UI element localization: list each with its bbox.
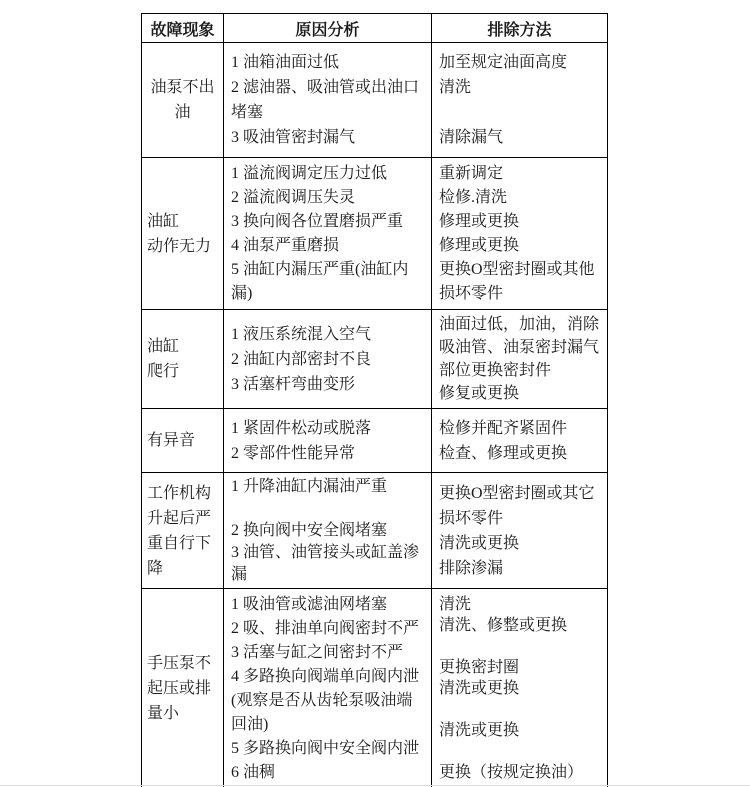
phenomenon-cell: 油缸爬行	[142, 310, 224, 408]
text-line: 4 油泵严重磨损	[224, 234, 431, 258]
text-line: 检修.清洗	[432, 186, 607, 210]
text-line: 2 零部件性能异常	[224, 441, 431, 466]
table-row: 有异音1 紧固件松动或脱落2 零部件性能异常检修并配齐紧固件检查、修理或更换	[142, 409, 607, 473]
phenomenon-cell: 手压泵不起压或排量小	[142, 589, 224, 787]
text-line	[432, 699, 607, 720]
text-line: 清洗或更换	[432, 678, 607, 699]
text-line: 5 油缸内漏压严重(油缸内	[224, 258, 431, 282]
text-line: 清洗	[432, 75, 607, 100]
text-line: 清洗或更换	[432, 531, 607, 556]
text-line: (观察是否从齿轮泵吸油端	[224, 689, 431, 713]
text-line: 清洗	[432, 594, 607, 615]
text-line: 4 多路换向阀端单向阀内泄	[224, 665, 431, 689]
remedy-cell: 加至规定油面高度清洗 清除漏气	[432, 43, 607, 157]
text-line: 损坏零件	[432, 506, 607, 531]
text-line: 堵塞	[224, 100, 431, 125]
text-line: 修复或更换	[432, 382, 607, 405]
text-line: 排除渗漏	[432, 556, 607, 581]
text-line: 爬行	[142, 359, 223, 384]
text-line: 3 换向阀各位置磨损严重	[224, 210, 431, 234]
column-header-phenomenon: 故障现象	[142, 14, 224, 42]
phenomenon-cell: 工作机构升起后严重自行下降	[142, 473, 224, 588]
text-line: 检查、修理或更换	[432, 441, 607, 466]
text-line	[432, 741, 607, 762]
text-line: 油缸	[142, 209, 223, 234]
text-line: 回油)	[224, 713, 431, 737]
text-line: 1 溢流阀调定压力过低	[224, 162, 431, 186]
text-line: 加至规定油面高度	[432, 50, 607, 75]
text-line: 3 活塞杆弯曲变形	[224, 372, 431, 397]
text-line: 更换密封圈	[432, 657, 607, 678]
text-line: 6 油稠	[224, 761, 431, 785]
remedy-cell: 重新调定检修.清洗修理或更换修理或更换更换O型密封圈或其他损坏零件	[432, 158, 607, 309]
table-row: 油缸爬行1 液压系统混入空气2 油缸内部密封不良3 活塞杆弯曲变形油面过低，加油…	[142, 310, 607, 409]
text-line	[432, 636, 607, 657]
text-line: 5 多路换向阀中安全阀内泄	[224, 737, 431, 761]
text-line: 1 紧固件松动或脱落	[224, 416, 431, 441]
text-line: 3 活塞与缸之间密封不严	[224, 641, 431, 665]
text-line	[224, 498, 431, 520]
table-row: 手压泵不起压或排量小1 吸油管或滤油网堵塞2 吸、排油单向阀密封不严3 活塞与缸…	[142, 589, 607, 787]
text-line: 漏	[224, 564, 431, 586]
text-line: 油缸	[142, 334, 223, 359]
table-row: 油泵不出油1 油箱油面过低2 滤油器、吸油管或出油口堵塞3 吸油管密封漏气加至规…	[142, 43, 607, 158]
text-line: 工作机构	[142, 481, 223, 506]
cause-analysis-cell: 1 紧固件松动或脱落2 零部件性能异常	[224, 409, 432, 472]
text-line: 降	[142, 556, 223, 581]
text-line: 2 滤油器、吸油管或出油口	[224, 75, 431, 100]
text-line: 损坏零件	[432, 282, 607, 306]
remedy-cell: 更换O型密封圈或其它损坏零件清洗或更换排除渗漏	[432, 473, 607, 588]
table-header-row: 故障现象 原因分析 排除方法	[142, 14, 607, 43]
text-line: 检修并配齐紧固件	[432, 416, 607, 441]
cause-analysis-cell: 1 液压系统混入空气2 油缸内部密封不良3 活塞杆弯曲变形	[224, 310, 432, 408]
text-line: 清洗、修整或更换	[432, 615, 607, 636]
text-line: 修理或更换	[432, 234, 607, 258]
text-line: 重新调定	[432, 162, 607, 186]
text-line: 漏)	[224, 282, 431, 306]
phenomenon-cell: 有异音	[142, 409, 224, 472]
text-line: 更换O型密封圈或其它	[432, 481, 607, 506]
cause-analysis-cell: 1 吸油管或滤油网堵塞2 吸、排油单向阀密封不严3 活塞与缸之间密封不严4 多路…	[224, 589, 432, 787]
text-line: 部位更换密封件	[432, 359, 607, 382]
text-line: 2 油缸内部密封不良	[224, 347, 431, 372]
cause-analysis-cell: 1 溢流阀调定压力过低2 溢流阀调压失灵3 换向阀各位置磨损严重4 油泵严重磨损…	[224, 158, 432, 309]
table-row: 工作机构升起后严重自行下降1 升降油缸内漏油严重 2 换向阀中安全阀堵塞3 油管…	[142, 473, 607, 589]
text-line: 起压或排	[142, 676, 223, 701]
cause-analysis-cell: 1 升降油缸内漏油严重 2 换向阀中安全阀堵塞3 油管、油管接头或缸盖渗漏	[224, 473, 432, 588]
text-line: 2 换向阀中安全阀堵塞	[224, 520, 431, 542]
text-line: 2 吸、排油单向阀密封不严	[224, 617, 431, 641]
text-line: 手压泵不	[142, 651, 223, 676]
text-line: 1 液压系统混入空气	[224, 322, 431, 347]
page: 故障现象 原因分析 排除方法 油泵不出油1 油箱油面过低2 滤油器、吸油管或出油…	[0, 0, 750, 787]
text-line: 有异音	[142, 428, 223, 453]
remedy-cell: 清洗清洗、修整或更换 更换密封圈清洗或更换 清洗或更换 更换（按规定换油）	[432, 589, 607, 787]
text-line: 修理或更换	[432, 210, 607, 234]
text-line: 更换（按规定换油）	[432, 762, 607, 783]
table-row: 油缸动作无力1 溢流阀调定压力过低2 溢流阀调压失灵3 换向阀各位置磨损严重4 …	[142, 158, 607, 310]
page-bottom-divider	[0, 785, 750, 786]
cause-analysis-cell: 1 油箱油面过低2 滤油器、吸油管或出油口堵塞3 吸油管密封漏气	[224, 43, 432, 157]
text-line	[432, 100, 607, 125]
text-line: 油	[142, 100, 223, 125]
text-line: 3 油管、油管接头或缸盖渗	[224, 542, 431, 564]
remedy-cell: 油面过低，加油，消除吸油管、油泵密封漏气部位更换密封件修复或更换	[432, 310, 607, 408]
remedy-cell: 检修并配齐紧固件检查、修理或更换	[432, 409, 607, 472]
troubleshooting-table: 故障现象 原因分析 排除方法 油泵不出油1 油箱油面过低2 滤油器、吸油管或出油…	[141, 13, 608, 787]
phenomenon-cell: 油泵不出油	[142, 43, 224, 157]
text-line: 更换O型密封圈或其他	[432, 258, 607, 282]
text-line: 油泵不出	[142, 75, 223, 100]
text-line: 重自行下	[142, 531, 223, 556]
text-line: 1 吸油管或滤油网堵塞	[224, 593, 431, 617]
text-line: 2 溢流阀调压失灵	[224, 186, 431, 210]
text-line: 升起后严	[142, 506, 223, 531]
text-line: 1 油箱油面过低	[224, 50, 431, 75]
text-line: 3 吸油管密封漏气	[224, 125, 431, 150]
text-line: 量小	[142, 701, 223, 726]
text-line: 1 升降油缸内漏油严重	[224, 476, 431, 498]
text-line: 清除漏气	[432, 125, 607, 150]
text-line: 油面过低，加油，消除	[432, 313, 607, 336]
column-header-method: 排除方法	[432, 14, 607, 42]
text-line: 清洗或更换	[432, 720, 607, 741]
column-header-cause: 原因分析	[224, 14, 432, 42]
text-line: 吸油管、油泵密封漏气	[432, 336, 607, 359]
text-line: 动作无力	[142, 234, 223, 259]
phenomenon-cell: 油缸动作无力	[142, 158, 224, 309]
